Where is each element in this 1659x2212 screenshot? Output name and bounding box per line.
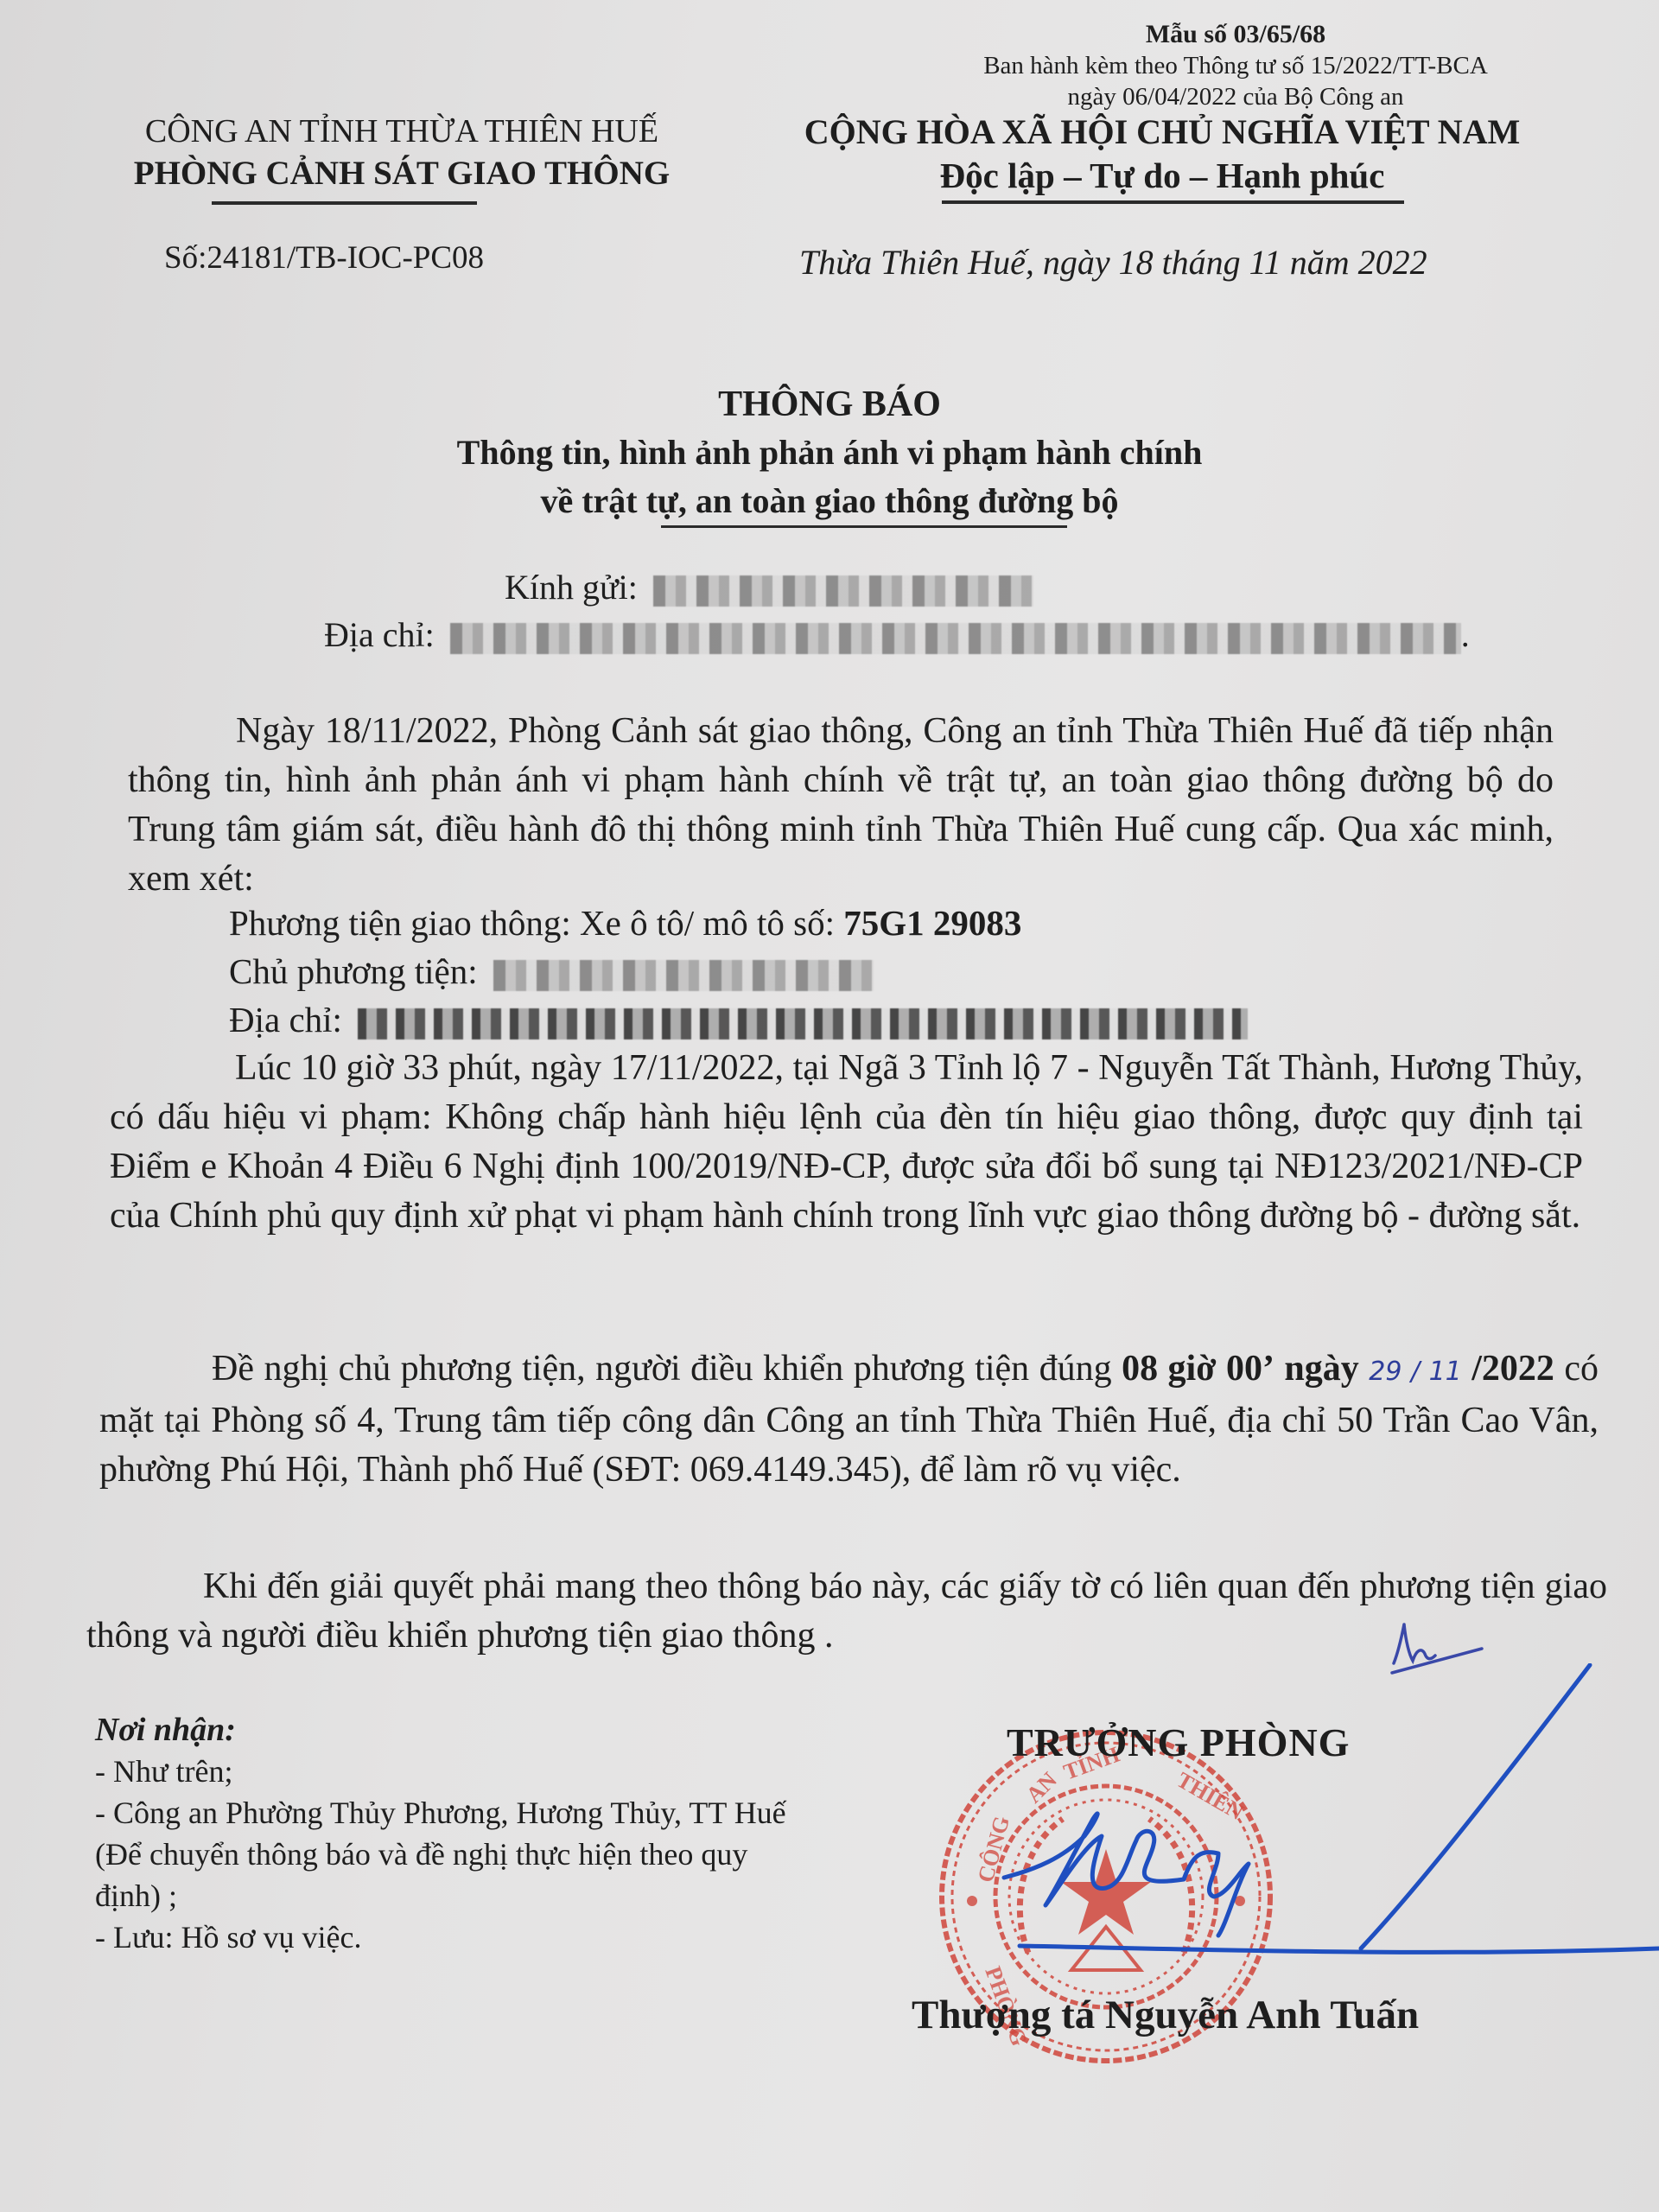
- recipients-list: Nơi nhận: - Như trên; - Công an Phường T…: [95, 1709, 786, 1958]
- addressee-line: Kính gửi:: [505, 566, 1033, 609]
- handwritten-month: 11: [1429, 1357, 1462, 1387]
- owner-label: Chủ phương tiện:: [229, 951, 478, 991]
- handwritten-signature-icon: [907, 1663, 1659, 1992]
- issuing-agency: CÔNG AN TỈNH THỪA THIÊN HUẾ PHÒNG CẢNH S…: [86, 111, 717, 195]
- vehicle-plate: 75G1 29083: [843, 903, 1021, 943]
- motto-underline: [942, 200, 1404, 204]
- signer-name: Thượng tá Nguyễn Anh Tuấn: [912, 1992, 1419, 2038]
- paragraph-violation: Lúc 10 giờ 33 phút, ngày 17/11/2022, tại…: [110, 1044, 1583, 1241]
- form-reference-line-2: ngày 06/04/2022 của Bộ Công an: [925, 81, 1547, 112]
- recipient-item: - Công an Phường Thủy Phương, Hương Thủy…: [95, 1792, 786, 1916]
- summons-time: 08 giờ 00’: [1122, 1349, 1274, 1389]
- place-and-date: Thừa Thiên Huế, ngày 18 tháng 11 năm 202…: [799, 242, 1427, 283]
- paragraph-receipt: Ngày 18/11/2022, Phòng Cảnh sát giao thô…: [128, 707, 1554, 904]
- form-reference: Mẫu số 03/65/68 Ban hành kèm theo Thông …: [925, 19, 1547, 112]
- address-trailing-period: .: [1461, 615, 1470, 654]
- nation-name: CỘNG HÒA XÃ HỘI CHỦ NGHĨA VIỆT NAM: [730, 111, 1594, 154]
- title-subtitle-2: về trật tự, an toàn giao thông đường bộ: [259, 477, 1400, 525]
- addressee-label: Kính gửi:: [505, 568, 638, 607]
- title-main: THÔNG BÁO: [259, 380, 1400, 429]
- paragraph-documents-required: Khi đến giải quyết phải mang theo thông …: [86, 1562, 1607, 1661]
- paragraph-summons: Đề nghị chủ phương tiện, người điều khiể…: [99, 1344, 1599, 1495]
- redacted-owner-name: [493, 960, 874, 991]
- title-subtitle-1: Thông tin, hình ảnh phản ánh vi phạm hàn…: [259, 429, 1400, 477]
- redacted-addressee-name: [653, 575, 1033, 607]
- document-number: Số:24181/TB-IOC-PC08: [164, 239, 484, 276]
- address-label: Địa chỉ:: [324, 615, 435, 654]
- title-underline: [661, 525, 1067, 528]
- handwritten-separator: /: [1402, 1357, 1428, 1387]
- form-code: Mẫu số 03/65/68: [925, 19, 1547, 50]
- vehicle-label: Phương tiện giao thông: Xe ô tô/ mô tô s…: [229, 903, 835, 943]
- vehicle-line: Phương tiện giao thông: Xe ô tô/ mô tô s…: [229, 899, 1021, 947]
- national-motto: Độc lập – Tự do – Hạnh phúc: [730, 154, 1594, 197]
- handwritten-day: 29: [1369, 1357, 1402, 1387]
- document-title: THÔNG BÁO Thông tin, hình ảnh phản ánh v…: [259, 380, 1400, 525]
- owner-address-line: Địa chỉ:: [229, 995, 1248, 1044]
- redacted-owner-address: [358, 1008, 1248, 1039]
- owner-address-label: Địa chỉ:: [229, 1000, 342, 1039]
- addressee-address-line: Địa chỉ: .: [324, 613, 1470, 657]
- redacted-addressee-address: [450, 623, 1461, 654]
- summons-year: /2022: [1471, 1349, 1554, 1389]
- recipient-item: - Lưu: Hồ sơ vụ việc.: [95, 1916, 786, 1958]
- department-name: PHÒNG CẢNH SÁT GIAO THÔNG: [86, 152, 717, 195]
- summons-text-start: Đề nghị chủ phương tiện, người điều khiể…: [212, 1349, 1122, 1389]
- agency-underline: [212, 201, 477, 205]
- form-reference-line-1: Ban hành kèm theo Thông tư số 15/2022/TT…: [925, 50, 1547, 81]
- agency-name: CÔNG AN TỈNH THỪA THIÊN HUẾ: [86, 111, 717, 152]
- recipient-item: - Như trên;: [95, 1751, 786, 1792]
- summons-day-label: ngày: [1284, 1349, 1358, 1389]
- recipients-heading: Nơi nhận:: [95, 1709, 786, 1751]
- owner-line: Chủ phương tiện:: [229, 947, 874, 995]
- national-header: CỘNG HÒA XÃ HỘI CHỦ NGHĨA VIỆT NAM Độc l…: [730, 111, 1594, 197]
